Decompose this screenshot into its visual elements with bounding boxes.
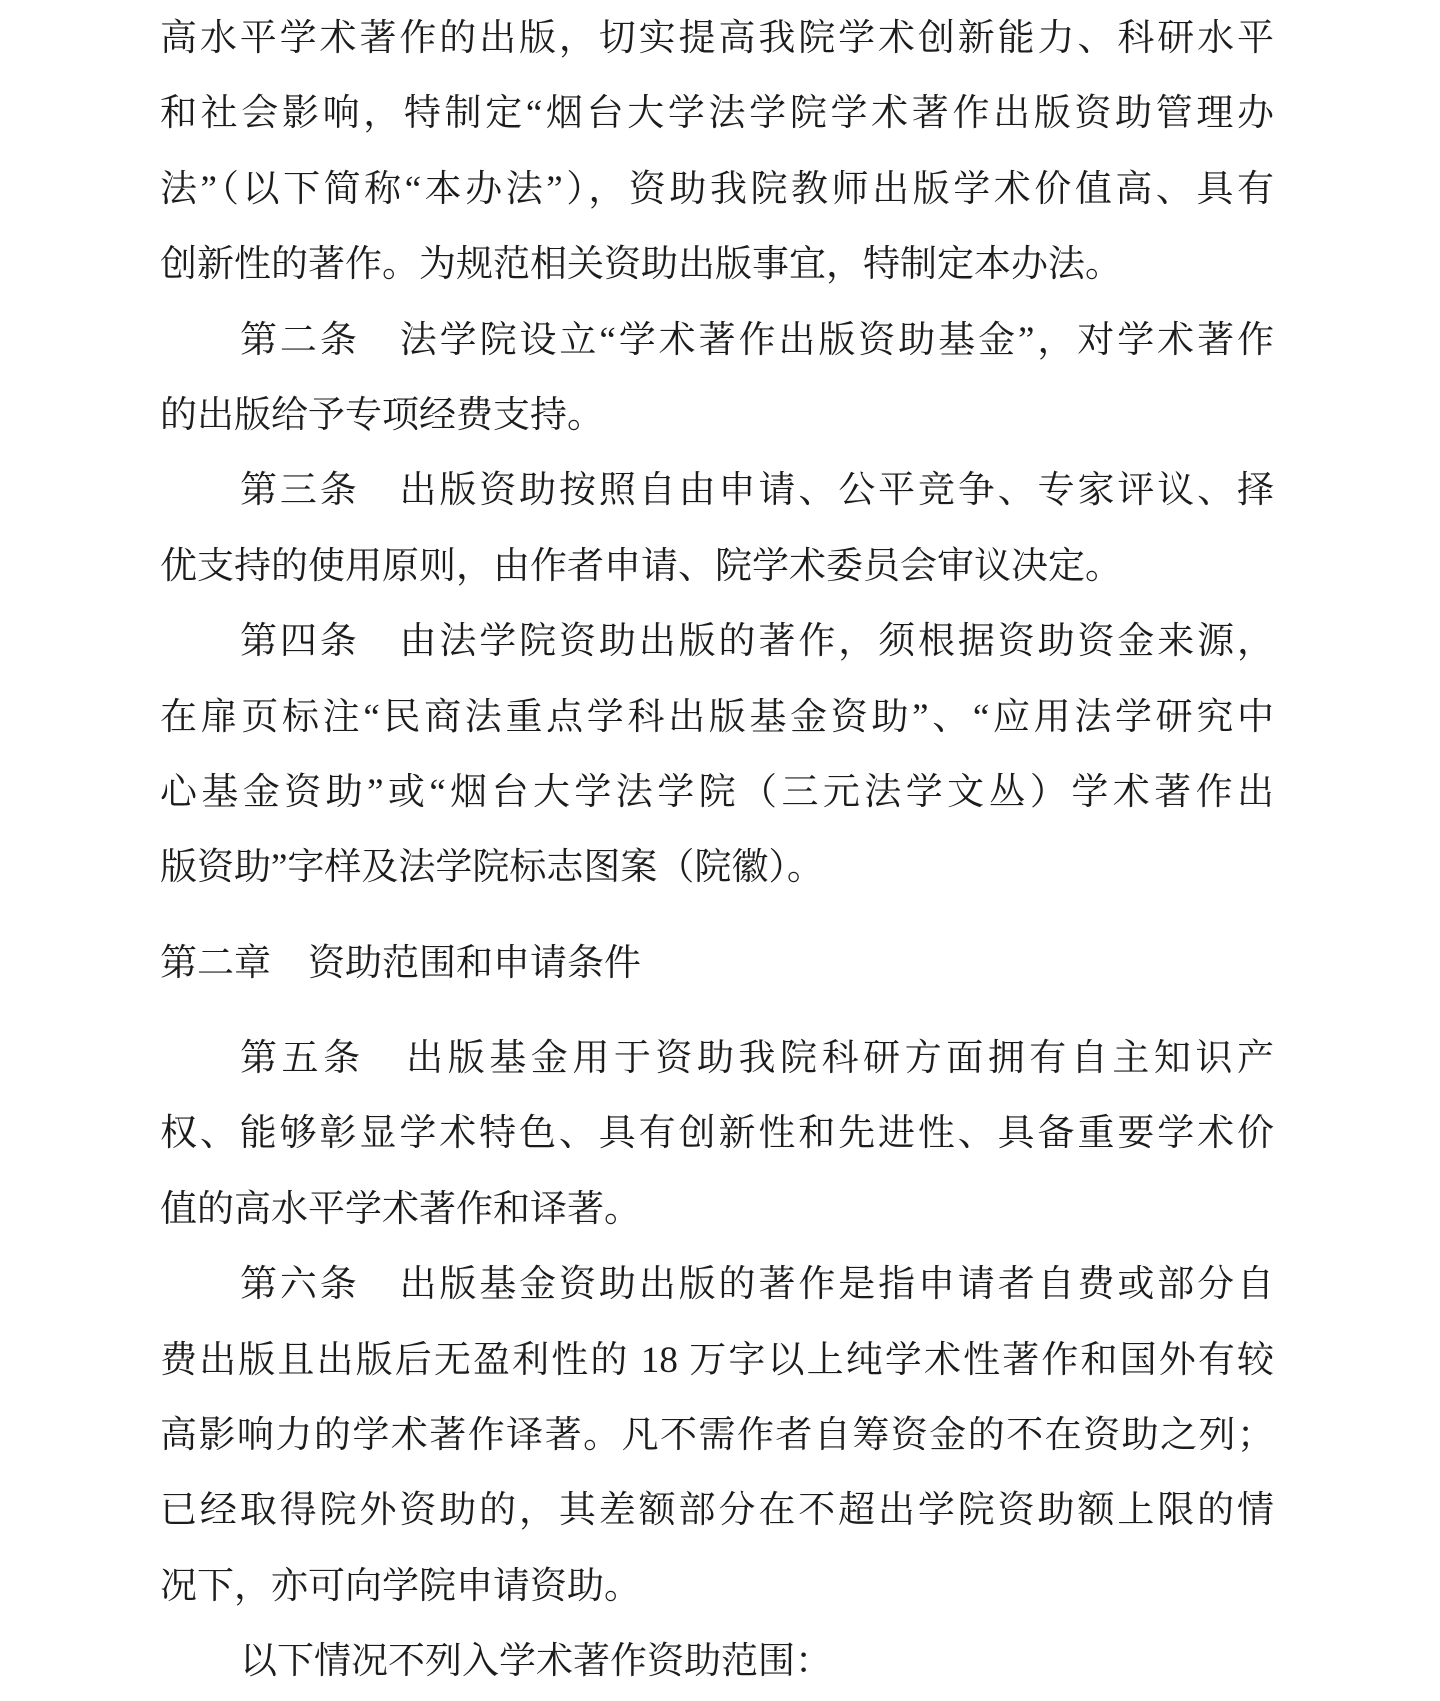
text-line: 已经取得院外资助的，其差额部分在不超出学院资助额上限的情 <box>160 1473 1274 1548</box>
text-line: 版资助”字样及法学院标志图案（院徽）。 <box>160 830 1274 905</box>
text-line: 法”（以下简称“本办法”），资助我院教师出版学术价值高、具有 <box>160 152 1274 227</box>
text-line: 第五条 出版基金用于资助我院科研方面拥有自主知识产 <box>160 1021 1274 1096</box>
document-page: 高水平学术著作的出版，切实提高我院学术创新能力、科研水平和社会影响，特制定“烟台… <box>0 0 1440 1701</box>
text-line: 第三条 出版资助按照自由申请、公平竞争、专家评议、择 <box>160 453 1274 528</box>
document-text-block: 高水平学术著作的出版，切实提高我院学术创新能力、科研水平和社会影响，特制定“烟台… <box>160 1 1274 1700</box>
text-line: 的出版给予专项经费支持。 <box>160 378 1274 453</box>
text-line: 第二条 法学院设立“学术著作出版资助基金”，对学术著作 <box>160 303 1274 378</box>
text-line: 第六条 出版基金资助出版的著作是指申请者自费或部分自 <box>160 1247 1274 1322</box>
text-line: 高水平学术著作的出版，切实提高我院学术创新能力、科研水平 <box>160 1 1274 76</box>
text-line: 优支持的使用原则，由作者申请、院学术委员会审议决定。 <box>160 529 1274 604</box>
text-line: 心基金资助”或“烟台大学法学院（三元法学文丛）学术著作出 <box>160 755 1274 830</box>
text-line: 在扉页标注“民商法重点学科出版基金资助”、“应用法学研究中 <box>160 680 1274 755</box>
text-line: 权、能够彰显学术特色、具有创新性和先进性、具备重要学术价 <box>160 1096 1274 1171</box>
text-line: 以下情况不列入学术著作资助范围： <box>160 1624 1274 1699</box>
chapter-heading: 第二章 资助范围和申请条件 <box>160 926 1274 1001</box>
text-line: 第四条 由法学院资助出版的著作，须根据资助资金来源， <box>160 604 1274 679</box>
text-line: 创新性的著作。为规范相关资助出版事宜，特制定本办法。 <box>160 227 1274 302</box>
text-line: 费出版且出版后无盈利性的 18 万字以上纯学术性著作和国外有较 <box>160 1323 1274 1398</box>
text-line: 高影响力的学术著作译著。凡不需作者自筹资金的不在资助之列； <box>160 1398 1274 1473</box>
text-line: 和社会影响，特制定“烟台大学法学院学术著作出版资助管理办 <box>160 76 1274 151</box>
text-line: 况下，亦可向学院申请资助。 <box>160 1549 1274 1624</box>
text-line: 值的高水平学术著作和译著。 <box>160 1172 1274 1247</box>
